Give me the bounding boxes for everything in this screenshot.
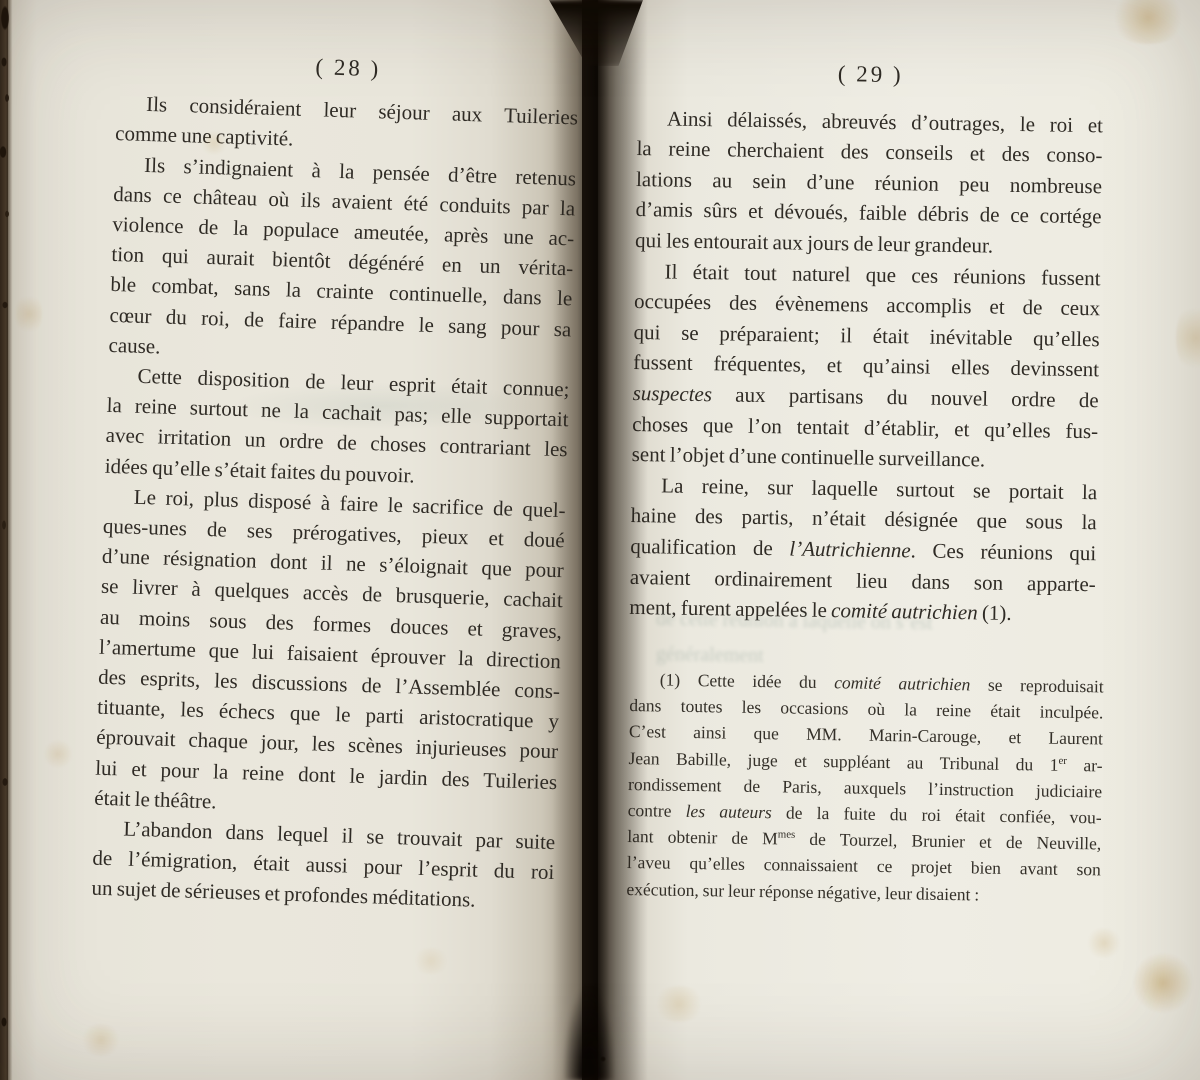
text-segment: fussent fréquentes, et qu’ainsi elles de…	[633, 350, 1099, 381]
text-segment: aux partisans du nouvel ordre de	[712, 382, 1099, 412]
italic-text: suspectes	[633, 381, 713, 406]
text-segment: de Tourzel, Brunier et de Neuville,	[795, 829, 1101, 854]
paragraph: Ainsi délaissés, abreuvés d’outrages, le…	[635, 103, 1103, 263]
text-segment: (1) Cette idée du	[660, 669, 835, 692]
book-edge	[0, 0, 13, 1080]
text-segment: mes	[778, 829, 796, 841]
italic-text: les auteurs	[686, 801, 772, 822]
text-segment: La reine, sur laquelle surtout se portai…	[661, 473, 1097, 504]
right-page-text: ( 29 ) Ainsi délaissés, abreuvés d’outra…	[629, 56, 1104, 630]
text-segment: d’amis sûrs et dévoués, faible débris de…	[635, 197, 1101, 228]
text-segment: exécution, sur leur réponse négative, le…	[626, 879, 979, 905]
text-segment: Jean Babille, juge et suppléant au Tribu…	[628, 748, 1058, 775]
book-photo: ( 28 ) Ils considéraient leur séjour aux…	[0, 0, 1200, 1080]
text-segment: l’aveu qu’elles connaissaient ce projet …	[627, 852, 1101, 879]
footnote-text: (1) Cette idée du comité autrichien se r…	[626, 666, 1104, 909]
bleed-through-line: généralement	[656, 643, 764, 668]
left-page-text: ( 28 ) Ils considéraient leur séjour aux…	[91, 46, 580, 918]
text-segment: occupées des évènemens accomplis et de c…	[634, 289, 1100, 320]
paragraph: Il était tout naturel que ces réunions f…	[632, 256, 1101, 477]
text-segment: lations au sein d’une réunion peu nombre…	[636, 167, 1102, 198]
text-segment: de la fuite du roi était confiée, vou-	[772, 802, 1102, 827]
paragraph: Cette disposition de leur esprit était c…	[104, 360, 570, 495]
text-segment: choses que l’on tentait d’établir, et qu…	[632, 411, 1098, 442]
text-segment: avaient ordinairement lieu dans son appa…	[630, 564, 1096, 595]
page-number-right: ( 29 )	[638, 56, 1104, 94]
text-segment: qualification de	[630, 534, 789, 560]
text-segment: haine des partis, n’était désignée que s…	[631, 503, 1097, 534]
bleed-through-line: de cette réunion à laquelle on s’est	[656, 608, 933, 635]
paragraph: La reine, sur laquelle surtout se portai…	[629, 470, 1097, 630]
text-segment: comme une captivité.	[115, 121, 294, 151]
text-segment: qui se préparaient; il était inévitable …	[633, 320, 1099, 351]
text-segment: sent l’objet d’une continuelle surveilla…	[632, 442, 986, 472]
text-segment: cause.	[108, 333, 161, 359]
text-segment: qui les entourait aux jours de leur gran…	[635, 228, 993, 258]
text-segment: la reine cherchaient des conseils et des…	[636, 136, 1102, 167]
text-segment: (1).	[977, 600, 1011, 625]
paragraph: Le roi, plus disposé à faire le sacrific…	[94, 481, 566, 828]
paragraph: Ils s’indignaient à la pensée d’être ret…	[108, 149, 576, 375]
text-segment: Ainsi délaissés, abreuvés d’outrages, le…	[667, 106, 1103, 137]
footnote-body: (1) Cette idée du comité autrichien se r…	[626, 666, 1104, 909]
italic-text: l’Autrichienne	[789, 536, 911, 562]
italic-text: comité autrichien	[834, 672, 970, 694]
right-page-body: Ainsi délaissés, abreuvés d’outrages, le…	[629, 103, 1103, 630]
text-segment: contre	[628, 800, 686, 821]
paragraph: L’abandon dans lequel il se trouvait par…	[91, 813, 556, 918]
text-segment: Il était tout naturel que ces réunions f…	[664, 259, 1100, 290]
text-segment: lant obtenir de M	[627, 826, 778, 848]
text-segment: C’est ainsi que MM. Marin-Carouge, et La…	[629, 721, 1103, 748]
text-segment: dans toutes les occasions où la reine ét…	[629, 695, 1103, 722]
text-segment: . Ces réunions qui	[910, 538, 1096, 565]
text-segment: ar-	[1067, 754, 1103, 775]
spine-shadow-bottom	[564, 990, 614, 1080]
paragraph: (1) Cette idée du comité autrichien se r…	[626, 666, 1104, 909]
text-segment: se reproduisait	[970, 674, 1104, 696]
text-segment: était le théâtre.	[94, 786, 217, 814]
left-page-body: Ils considéraient leur séjour aux Tuiler…	[91, 88, 578, 918]
